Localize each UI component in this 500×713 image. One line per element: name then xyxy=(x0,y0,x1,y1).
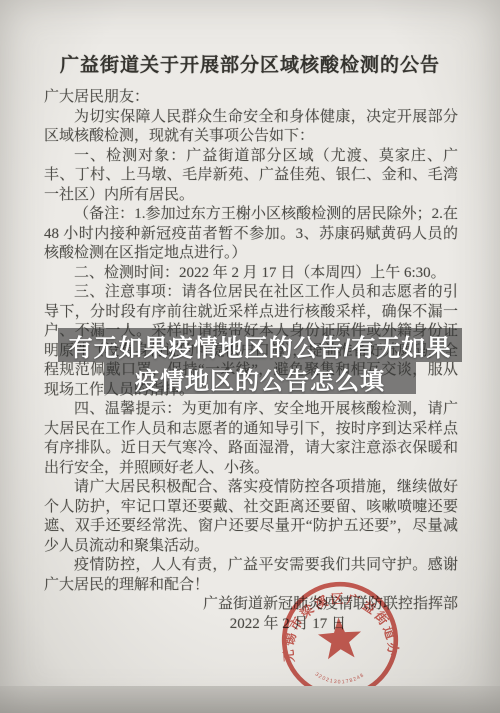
photo-bottom-edge xyxy=(0,686,500,713)
notice-paragraph: 二、检测时间：2022 年 2 月 17 日（本周四）上午 6:30。 xyxy=(44,264,458,284)
notice-paragraph: （备注：1.参加过东方王榭小区核酸检测的居民除外；2.在 48 小时内接种新冠疫… xyxy=(44,205,458,264)
seal-serial-number: 3202130178248 xyxy=(313,668,366,687)
document-photo: 广益街道关于开展部分区域核酸检测的公告 广大居民朋友： 为切实保障人民群众生命安… xyxy=(0,0,500,713)
red-star-icon xyxy=(317,616,363,660)
salutation: 广大居民朋友： xyxy=(44,88,458,108)
notice-paragraph: 一、检测对象：广益街道部分区域（尤渡、莫家庄、广丰、丁村、上马墩、毛岸新苑、广益… xyxy=(44,147,458,206)
notice-paragraph: 四、温馨提示：为更加有序、安全地开展核酸检测，请广大居民在工作人员和志愿者的通知… xyxy=(44,400,458,478)
caption-overlay-line2: 疫情地区的公告怎么填 xyxy=(104,362,416,394)
notice-paragraph: 为切实保障人民群众生命安全和身体健康，决定开展部分区域核酸检测，现就有关事项公告… xyxy=(44,108,458,147)
notice-title: 广益街道关于开展部分区域核酸检测的公告 xyxy=(0,50,500,77)
notice-paragraph: 请广大居民积极配合、落实疫情防控各项措施，继续做好个人防护，牢记口罩还要戴、社交… xyxy=(44,478,458,556)
seal-organization-text: 无锡市梁溪区广益街道办事处 xyxy=(274,574,401,667)
caption-overlay-line1: 有无如果疫情地区的公告/有无如果 xyxy=(58,328,462,362)
